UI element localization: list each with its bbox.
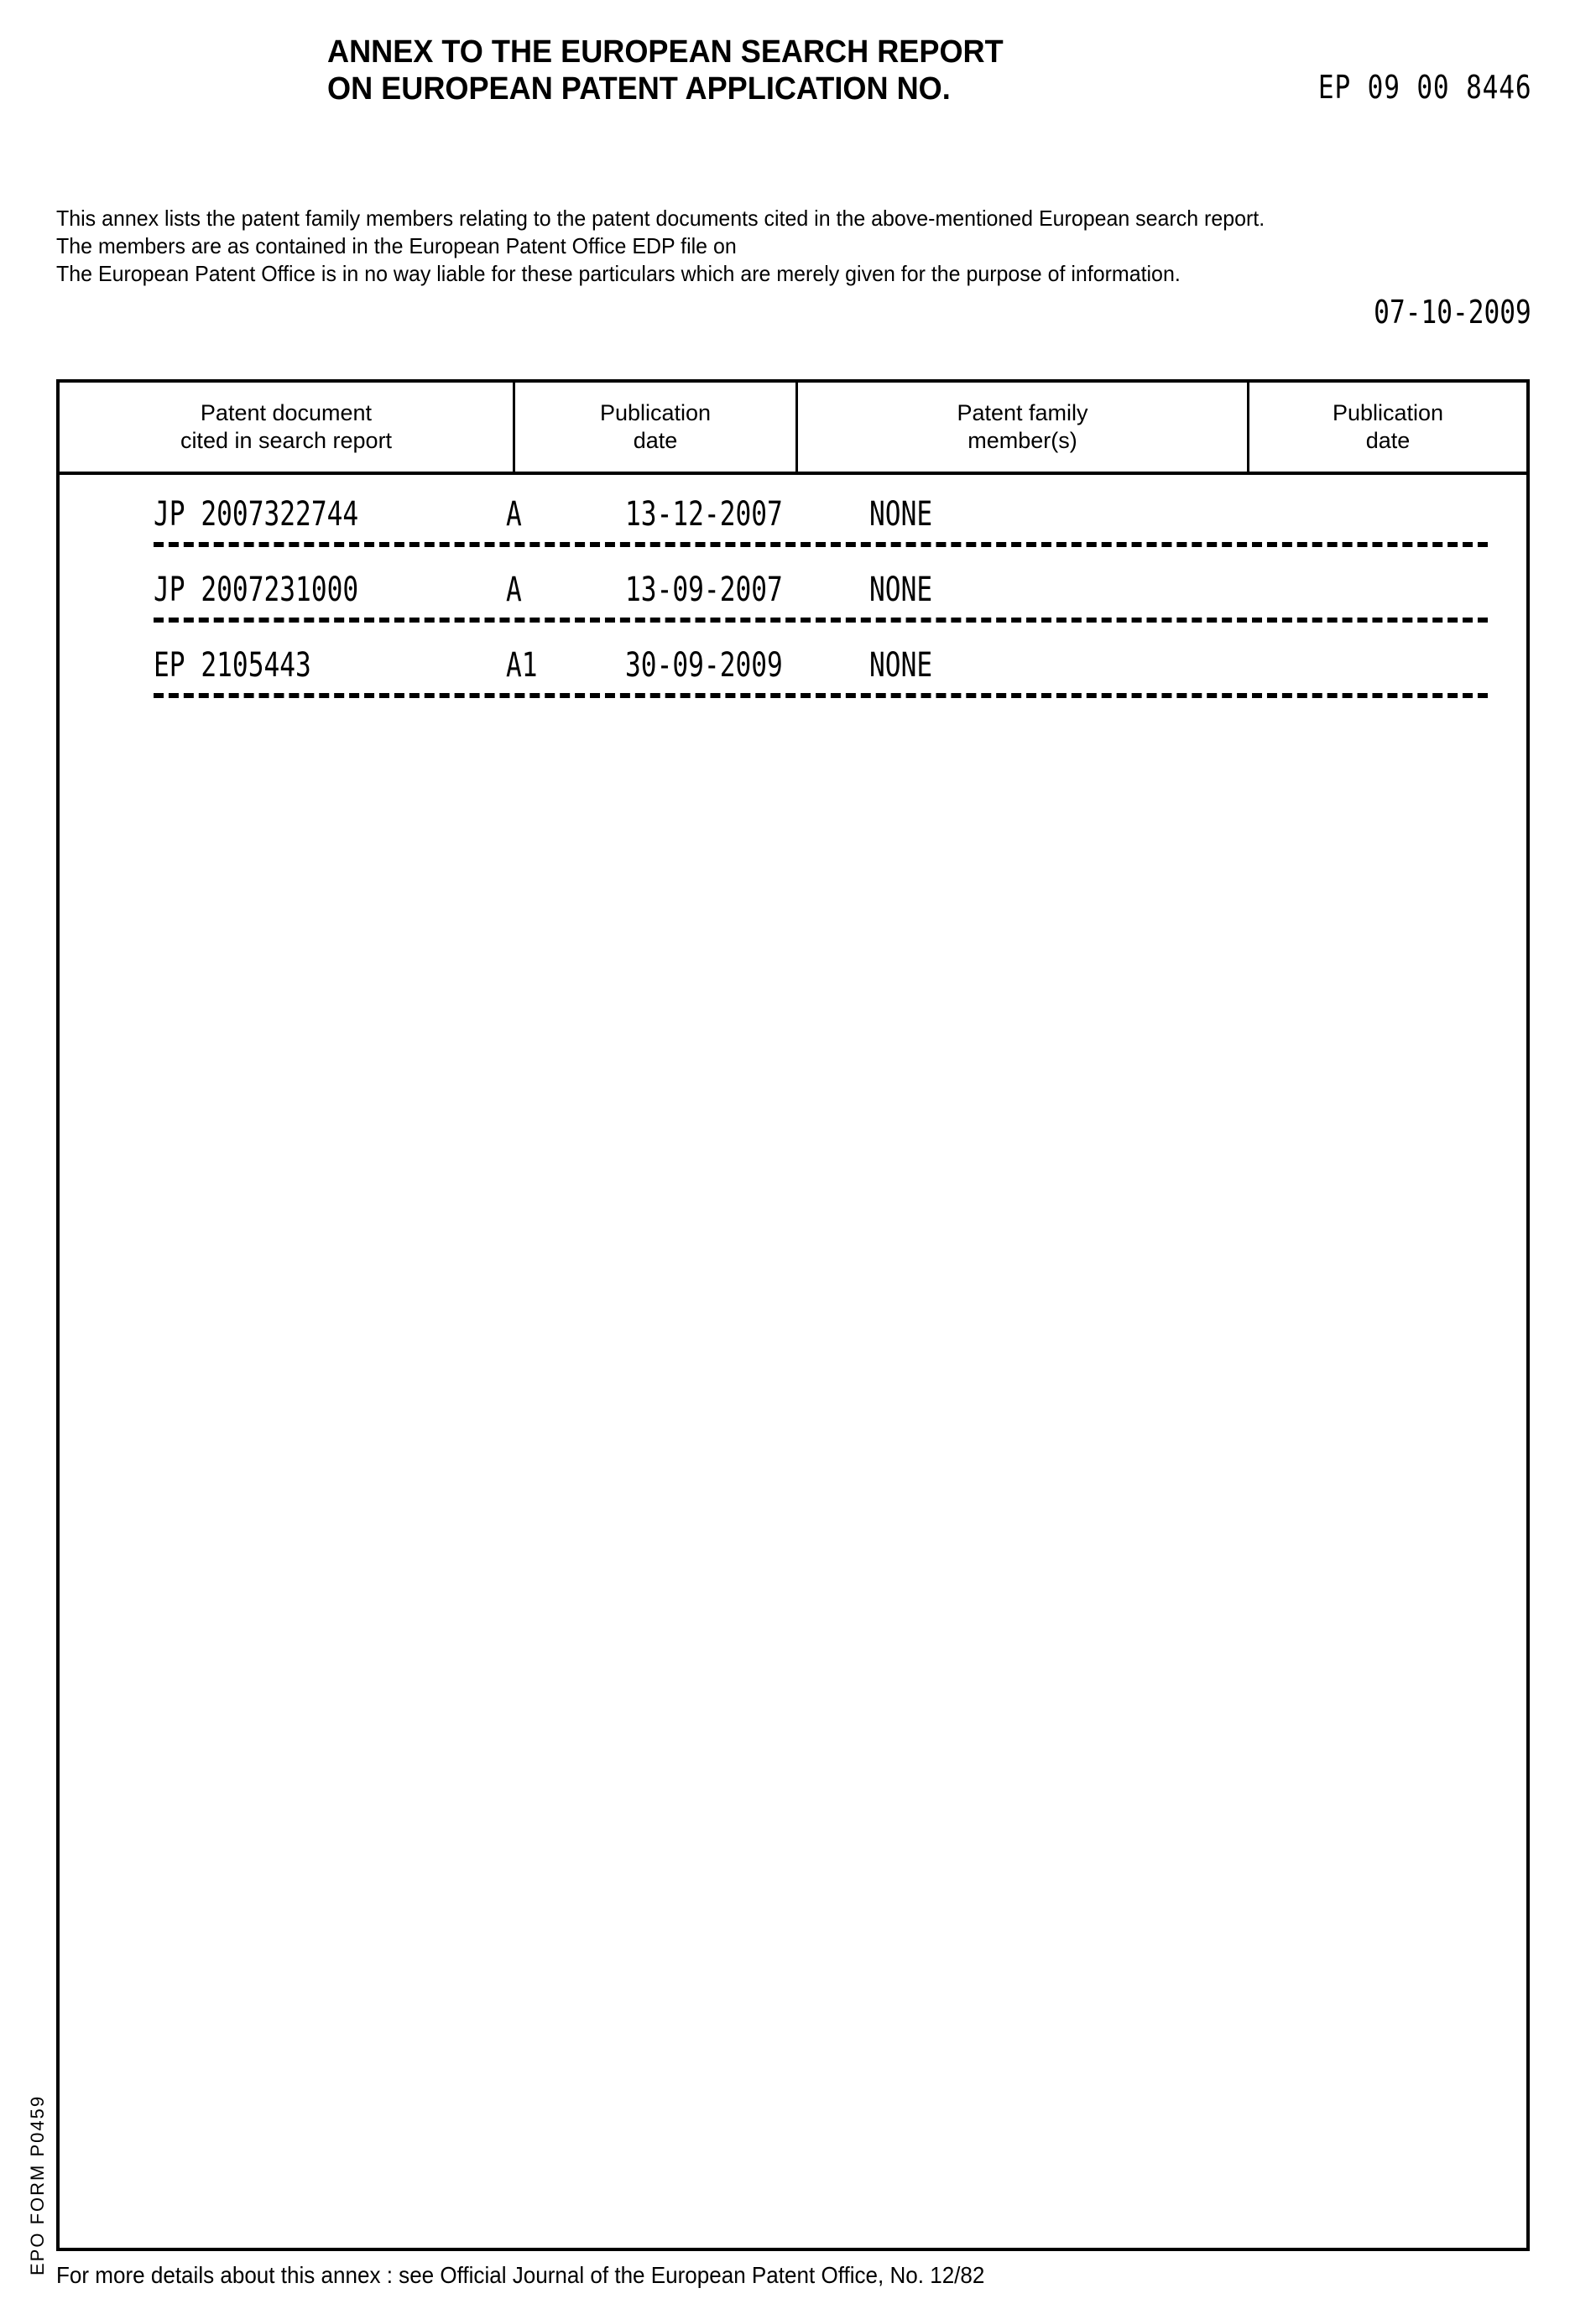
column-header-family-publication-date: Publicationdate [1247,383,1526,472]
kind-code: A [506,571,522,609]
title-line-1: ANNEX TO THE EUROPEAN SEARCH REPORT [327,34,1004,70]
form-label: EPO FORM P0459 [27,2095,49,2275]
cited-document: JP 2007322744 [154,495,358,534]
row-separator [154,618,1488,623]
table-row: JP 2007231000 A 13-09-2007 NONE [154,552,1496,628]
intro-text: This annex lists the patent family membe… [56,205,1490,288]
publication-date: 13-12-2007 [625,495,783,534]
patent-family-table: Patent documentcited in search report Pu… [56,379,1530,2251]
kind-code: A1 [506,646,538,685]
row-separator [154,542,1488,547]
column-header-patent-document: Patent documentcited in search report [60,383,513,472]
intro-line-3: The European Patent Office is in no way … [56,260,1490,288]
family-members: NONE [869,646,932,685]
report-date: 07-10-2009 [1374,294,1531,331]
table-row: JP 2007322744 A 13-12-2007 NONE [154,477,1496,552]
table-row: EP 2105443 A1 30-09-2009 NONE [154,628,1496,703]
report-title: ANNEX TO THE EUROPEAN SEARCH REPORT ON E… [327,34,1004,107]
family-members: NONE [869,571,932,609]
column-header-family-members: Patent familymember(s) [795,383,1247,472]
application-number: EP 09 00 8446 [1317,69,1531,106]
kind-code: A [506,495,522,534]
family-members: NONE [869,495,932,534]
publication-date: 13-09-2007 [625,571,783,609]
publication-date: 30-09-2009 [625,646,783,685]
table-body: JP 2007322744 A 13-12-2007 NONE JP 20072… [154,477,1496,703]
column-header-publication-date: Publicationdate [513,383,795,472]
footer-note: For more details about this annex : see … [56,2262,984,2289]
row-separator [154,693,1488,698]
cited-document: JP 2007231000 [154,571,358,609]
title-line-2: ON EUROPEAN PATENT APPLICATION NO. [327,70,1004,107]
intro-line-1: This annex lists the patent family membe… [56,205,1490,232]
intro-line-2: The members are as contained in the Euro… [56,232,1490,260]
table-header: Patent documentcited in search report Pu… [60,383,1526,475]
cited-document: EP 2105443 [154,646,311,685]
